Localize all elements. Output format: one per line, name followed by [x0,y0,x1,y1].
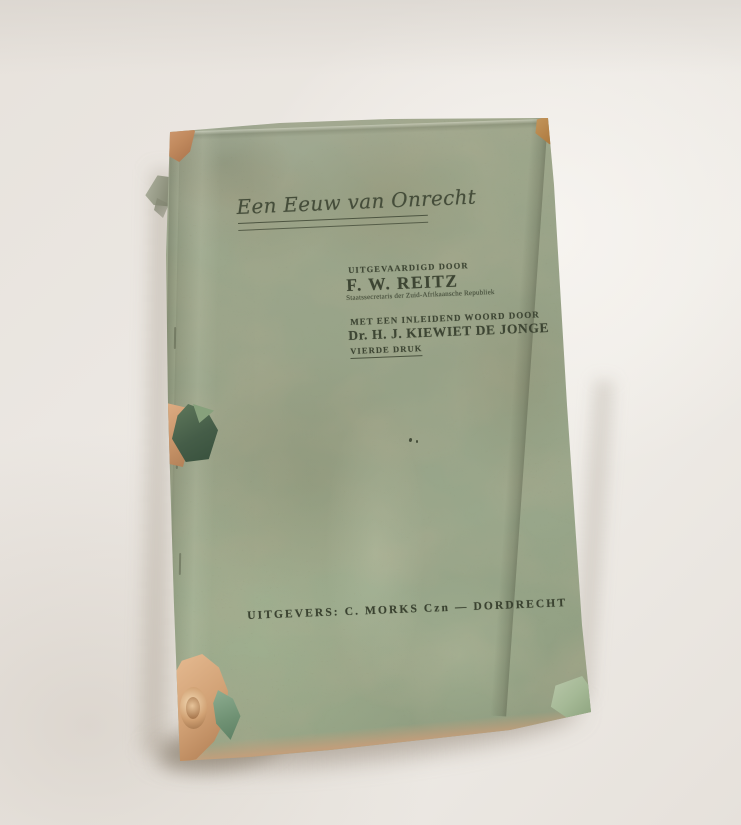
paper-curl-inner [186,697,200,719]
photo-scene: Een Eeuw van Onrecht UITGEVAARDIGD DOOR … [0,0,741,825]
ink-speck [416,440,418,443]
stitch-mark [179,553,181,575]
stitch-mark [174,327,176,349]
book-cover: Een Eeuw van Onrecht UITGEVAARDIGD DOOR … [130,105,605,773]
